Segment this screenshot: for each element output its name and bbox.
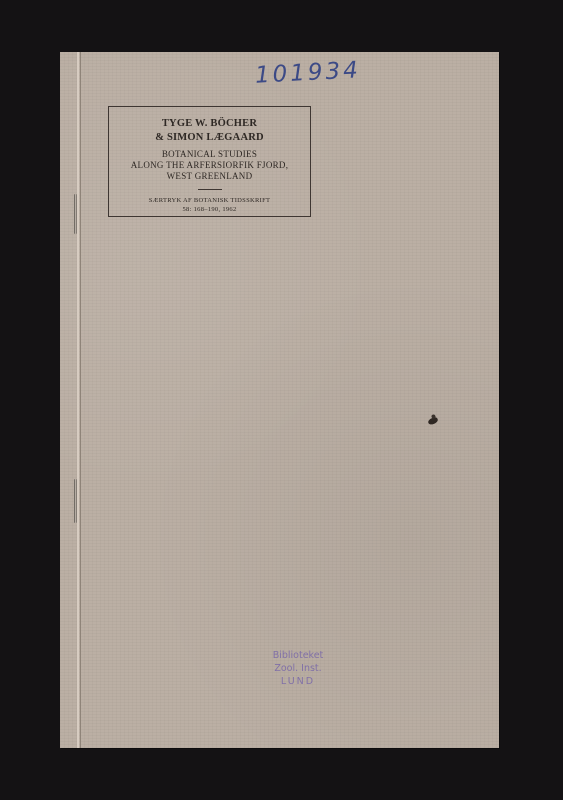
title-divider bbox=[198, 189, 222, 190]
ink-stain-mark bbox=[427, 416, 438, 425]
title-line: BOTANICAL STUDIES bbox=[109, 149, 310, 160]
authors: TYGE W. BÖCHER & SIMON LÆGAARD bbox=[109, 117, 310, 145]
staple-bottom-icon bbox=[74, 479, 77, 523]
author-line: & SIMON LÆGAARD bbox=[109, 131, 310, 145]
accession-number: 101934 bbox=[254, 57, 361, 89]
citation-line: 58: 168–190, 1962 bbox=[109, 205, 310, 214]
booklet-cover: 101934 TYGE W. BÖCHER & SIMON LÆGAARD BO… bbox=[60, 52, 499, 748]
title-line: WEST GREENLAND bbox=[109, 171, 310, 182]
title-label-box: TYGE W. BÖCHER & SIMON LÆGAARD BOTANICAL… bbox=[108, 106, 311, 217]
spine-fold-groove bbox=[80, 52, 81, 748]
stamp-line: LUND bbox=[258, 675, 338, 688]
stamp-line: Biblioteket bbox=[258, 649, 338, 662]
library-stamp: Biblioteket Zool. Inst. LUND bbox=[258, 649, 338, 688]
title-line: ALONG THE ARFERSIORFIK FJORD, bbox=[109, 160, 310, 171]
citation-line: SÆRTRYK AF BOTANISK TIDSSKRIFT bbox=[109, 196, 310, 205]
publication-title: BOTANICAL STUDIES ALONG THE ARFERSIORFIK… bbox=[109, 149, 310, 182]
stamp-line: Zool. Inst. bbox=[258, 662, 338, 675]
staple-top-icon bbox=[74, 194, 77, 234]
spine-fold-highlight bbox=[77, 52, 79, 748]
author-line: TYGE W. BÖCHER bbox=[109, 117, 310, 131]
offprint-citation: SÆRTRYK AF BOTANISK TIDSSKRIFT 58: 168–1… bbox=[109, 196, 310, 214]
